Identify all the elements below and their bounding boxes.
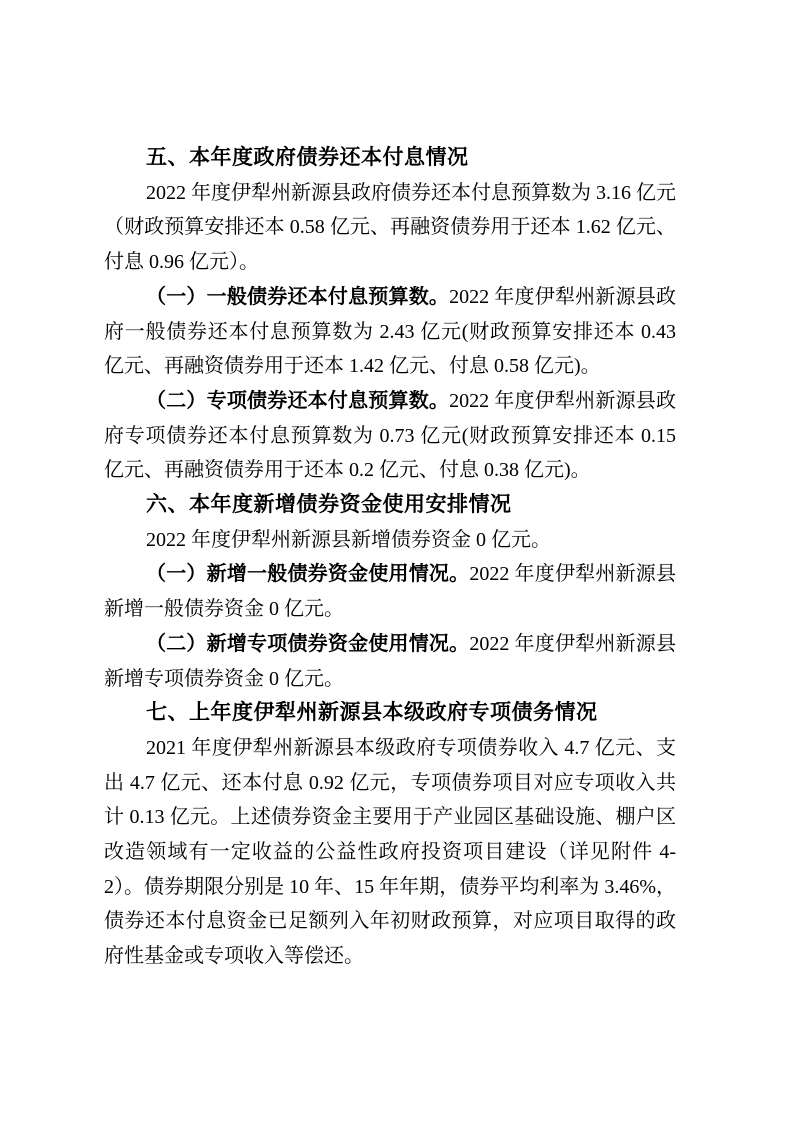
paragraph-prior-year-special-debt-detail: 2021 年度伊犁州新源县本级政府专项债券收入 4.7 亿元、支出 4.7 亿元… bbox=[104, 731, 676, 974]
heading-section-5-debt-service: 五、本年度政府债券还本付息情况 bbox=[104, 141, 676, 176]
document-content: 五、本年度政府债券还本付息情况 2022 年度伊犁州新源县政府债券还本付息预算数… bbox=[104, 141, 676, 974]
document-page: 五、本年度政府债券还本付息情况 2022 年度伊犁州新源县政府债券还本付息预算数… bbox=[0, 0, 793, 1122]
sub-paragraph-new-special-bond-funds: （二）新增专项债券资金使用情况。2022 年度伊犁州新源县新增专项债券资金 0 … bbox=[104, 627, 676, 696]
sub-heading-new-general-bond-funds: （一）新增一般债券资金使用情况。 bbox=[146, 563, 469, 585]
paragraph-new-bond-funds-total: 2022 年度伊犁州新源县新增债券资金 0 亿元。 bbox=[104, 523, 676, 558]
sub-paragraph-special-bond-debt-service: （二）专项债券还本付息预算数。2022 年度伊犁州新源县政府专项债券还本付息预算… bbox=[104, 384, 676, 488]
paragraph-total-debt-service: 2022 年度伊犁州新源县政府债券还本付息预算数为 3.16 亿元（财政预算安排… bbox=[104, 176, 676, 280]
sub-paragraph-general-bond-debt-service: （一）一般债券还本付息预算数。2022 年度伊犁州新源县政府一般债券还本付息预算… bbox=[104, 280, 676, 384]
sub-heading-general-bond-debt-service: （一）一般债券还本付息预算数。 bbox=[146, 286, 449, 308]
heading-section-7-prior-year-special-debt: 七、上年度伊犁州新源县本级政府专项债务情况 bbox=[104, 696, 676, 731]
sub-paragraph-new-general-bond-funds: （一）新增一般债券资金使用情况。2022 年度伊犁州新源县新增一般债券资金 0 … bbox=[104, 557, 676, 626]
sub-heading-special-bond-debt-service: （二）专项债券还本付息预算数。 bbox=[146, 390, 449, 412]
sub-heading-new-special-bond-funds: （二）新增专项债券资金使用情况。 bbox=[146, 633, 469, 655]
heading-section-6-new-bond-funds: 六、本年度新增债券资金使用安排情况 bbox=[104, 488, 676, 523]
